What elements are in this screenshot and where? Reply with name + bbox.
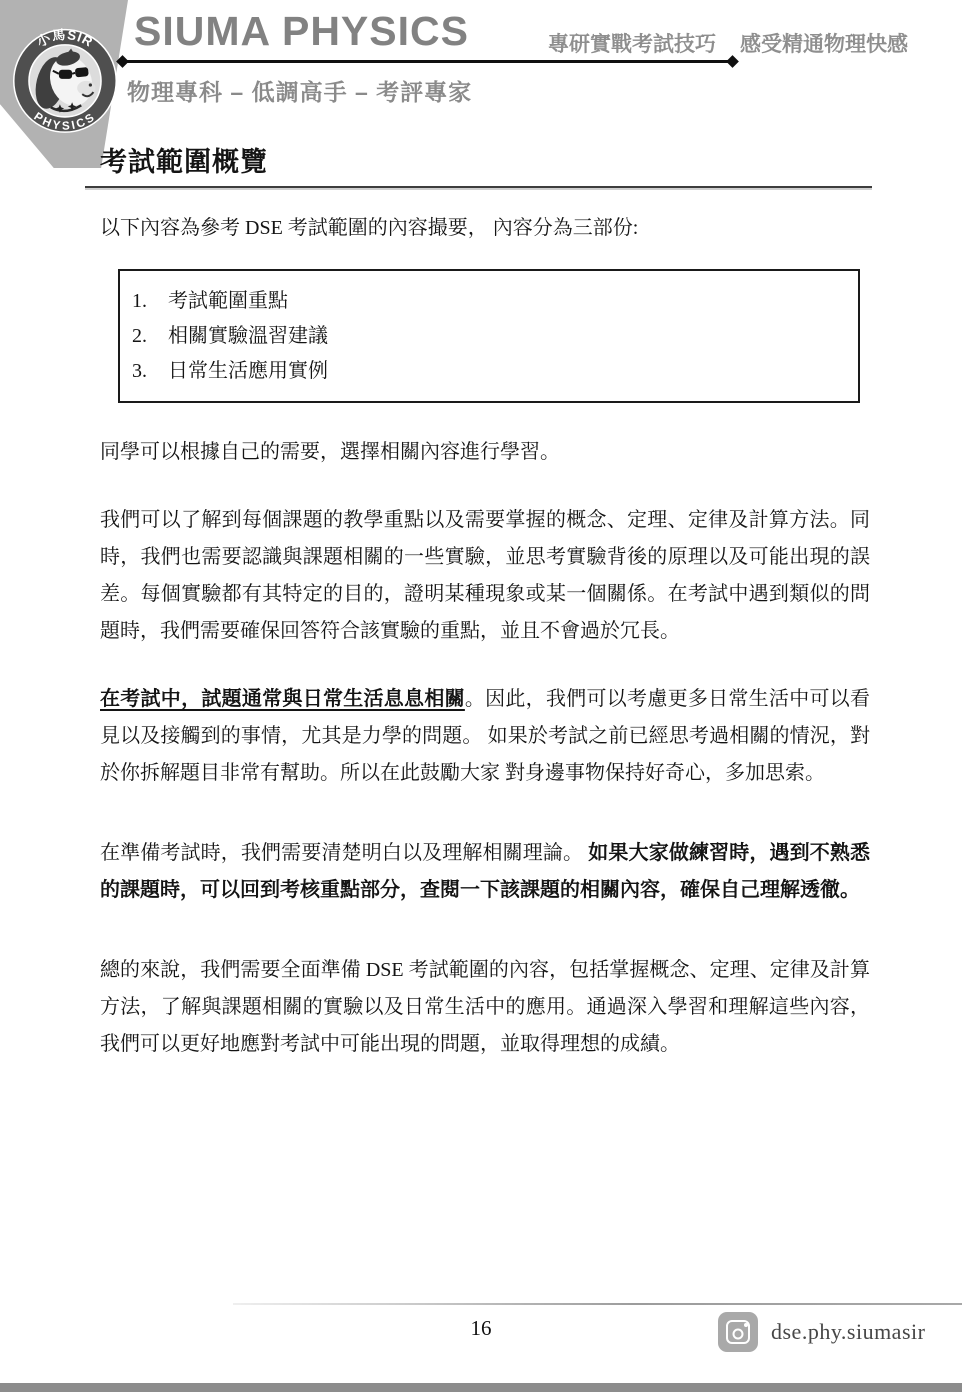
- brand-title: SIUMA PHYSICS: [134, 8, 469, 55]
- paragraph-4-normal: 在準備考試時，我們需要清楚明白以及理解相關理論。: [100, 842, 588, 864]
- intro-text: 以下內容為參考 DSE 考試範圍的內容撮要， 內容分為三部份:: [100, 211, 870, 240]
- siuma-physics-logo-badge: 小馬SIR PHYSICS: [12, 18, 118, 156]
- paragraph-1: 同學可以根據自己的需要，選擇相關內容進行學習。: [100, 434, 870, 471]
- list-item: 1. 考試範圍重點: [132, 284, 844, 319]
- page-title: 考試範圍概覽: [100, 140, 870, 179]
- header-slogan: 專研實戰考試技巧 感受精通物理快感: [548, 28, 908, 58]
- instagram-block: dse.phy.siumasir: [718, 1312, 925, 1352]
- slogan-right: 感受精通物理快感: [740, 28, 908, 58]
- paragraph-4: 在準備考試時，我們需要清楚明白以及理解相關理論。 如果大家做練習時，遇到不熟悉的…: [100, 835, 870, 909]
- list-item-label: 相關實驗溫習建議: [156, 319, 328, 354]
- list-item-number: 3.: [132, 354, 156, 389]
- paragraph-3: 在考試中，試題通常與日常生活息息相關。因此，我們可以考慮更多日常生活中可以看見以…: [100, 681, 870, 792]
- list-item: 3. 日常生活應用實例: [132, 354, 844, 389]
- title-underline: [85, 186, 872, 188]
- paragraph-5: 總的來說，我們需要全面準備 DSE 考試範圍的內容，包括掌握概念、定理、定律及計…: [100, 952, 870, 1063]
- list-item-label: 考試範圍重點: [156, 284, 288, 319]
- exam-scope-list-box: 1. 考試範圍重點 2. 相關實驗溫習建議 3. 日常生活應用實例: [118, 269, 860, 403]
- document-page: 小馬SIR PHYSICS SIUMA PHYSICS 物理專科 – 低調高手 …: [0, 0, 962, 1392]
- instagram-camera-icon: [718, 1312, 758, 1352]
- paragraph-2: 我們可以了解到每個課題的教學重點以及需要掌握的概念、定理、定律及計算方法。同時，…: [100, 502, 870, 650]
- instagram-handle: dse.phy.siumasir: [771, 1319, 925, 1345]
- list-item-number: 1.: [132, 284, 156, 319]
- slogan-left: 專研實戰考試技巧: [548, 28, 716, 58]
- paragraph-3-emphasis: 在考試中，試題通常與日常生活息息相關: [100, 688, 465, 710]
- header-divider: [122, 60, 733, 63]
- list-item: 2. 相關實驗溫習建議: [132, 319, 844, 354]
- list-item-label: 日常生活應用實例: [156, 354, 328, 389]
- document-body: 考試範圍概覽 以下內容為參考 DSE 考試範圍的內容撮要， 內容分為三部份: 1…: [100, 140, 870, 1063]
- brand-tagline: 物理專科 – 低調高手 – 考評專家: [127, 74, 472, 107]
- bottom-bar: [0, 1383, 962, 1392]
- footer-divider: [233, 1303, 962, 1305]
- list-item-number: 2.: [132, 319, 156, 354]
